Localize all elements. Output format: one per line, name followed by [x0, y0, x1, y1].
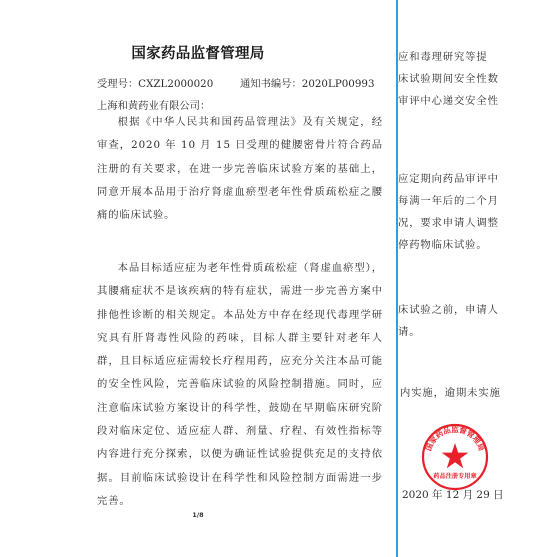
text-fragment: 床试验期间安全性数 — [398, 70, 499, 85]
text-fragment: 应和毒理研究等提 — [398, 48, 488, 63]
text-fragment: 每满一年后的二个月 — [398, 192, 499, 207]
paragraph-requirements: 本品目标适应症为老年性骨质疏松症（肾虚血瘀型），其腰痛症状不是该疾病的特有症状，… — [97, 257, 383, 513]
document-page-1: 国家药品监督管理局 受理号：CXZL2000020 通知书编号：2020LP00… — [0, 0, 396, 557]
reference-numbers: 受理号：CXZL2000020 通知书编号：2020LP00993 — [97, 75, 213, 90]
recipient: 上海和黄药业有限公司： — [97, 97, 210, 112]
text-fragment: 应定期向药品审评中 — [398, 170, 499, 185]
official-seal: 国家药品监督管理局 药品注册专用章 — [420, 422, 490, 492]
star-icon — [442, 443, 469, 468]
text-fragment: 况，要求申请人调整 — [398, 214, 499, 229]
text-fragment: 审评中心递交安全性 — [398, 92, 499, 107]
text-fragment: 床试验之前，申请人 — [398, 301, 499, 316]
paragraph-approval: 根据《中华人民共和国药品管理法》及有关规定，经审查，2020 年 10 月 15… — [97, 111, 383, 227]
notice-number: 通知书编号：2020LP00993 — [240, 75, 375, 90]
seal-stamp-icon: 国家药品监督管理局 药品注册专用章 — [420, 422, 490, 492]
issue-date: 2020 年 12 月 29 日 — [402, 487, 504, 502]
text-fragment: 请。 — [398, 323, 420, 338]
svg-text:药品注册专用章: 药品注册专用章 — [433, 472, 477, 480]
text-fragment: 停药物临床试验。 — [398, 236, 488, 251]
page-number: 1/8 — [0, 511, 396, 519]
acceptance-number: 受理号：CXZL2000020 — [97, 78, 213, 90]
agency-title: 国家药品监督管理局 — [0, 42, 396, 63]
text-fragment: 内实施，逾期未实施 — [400, 384, 501, 399]
